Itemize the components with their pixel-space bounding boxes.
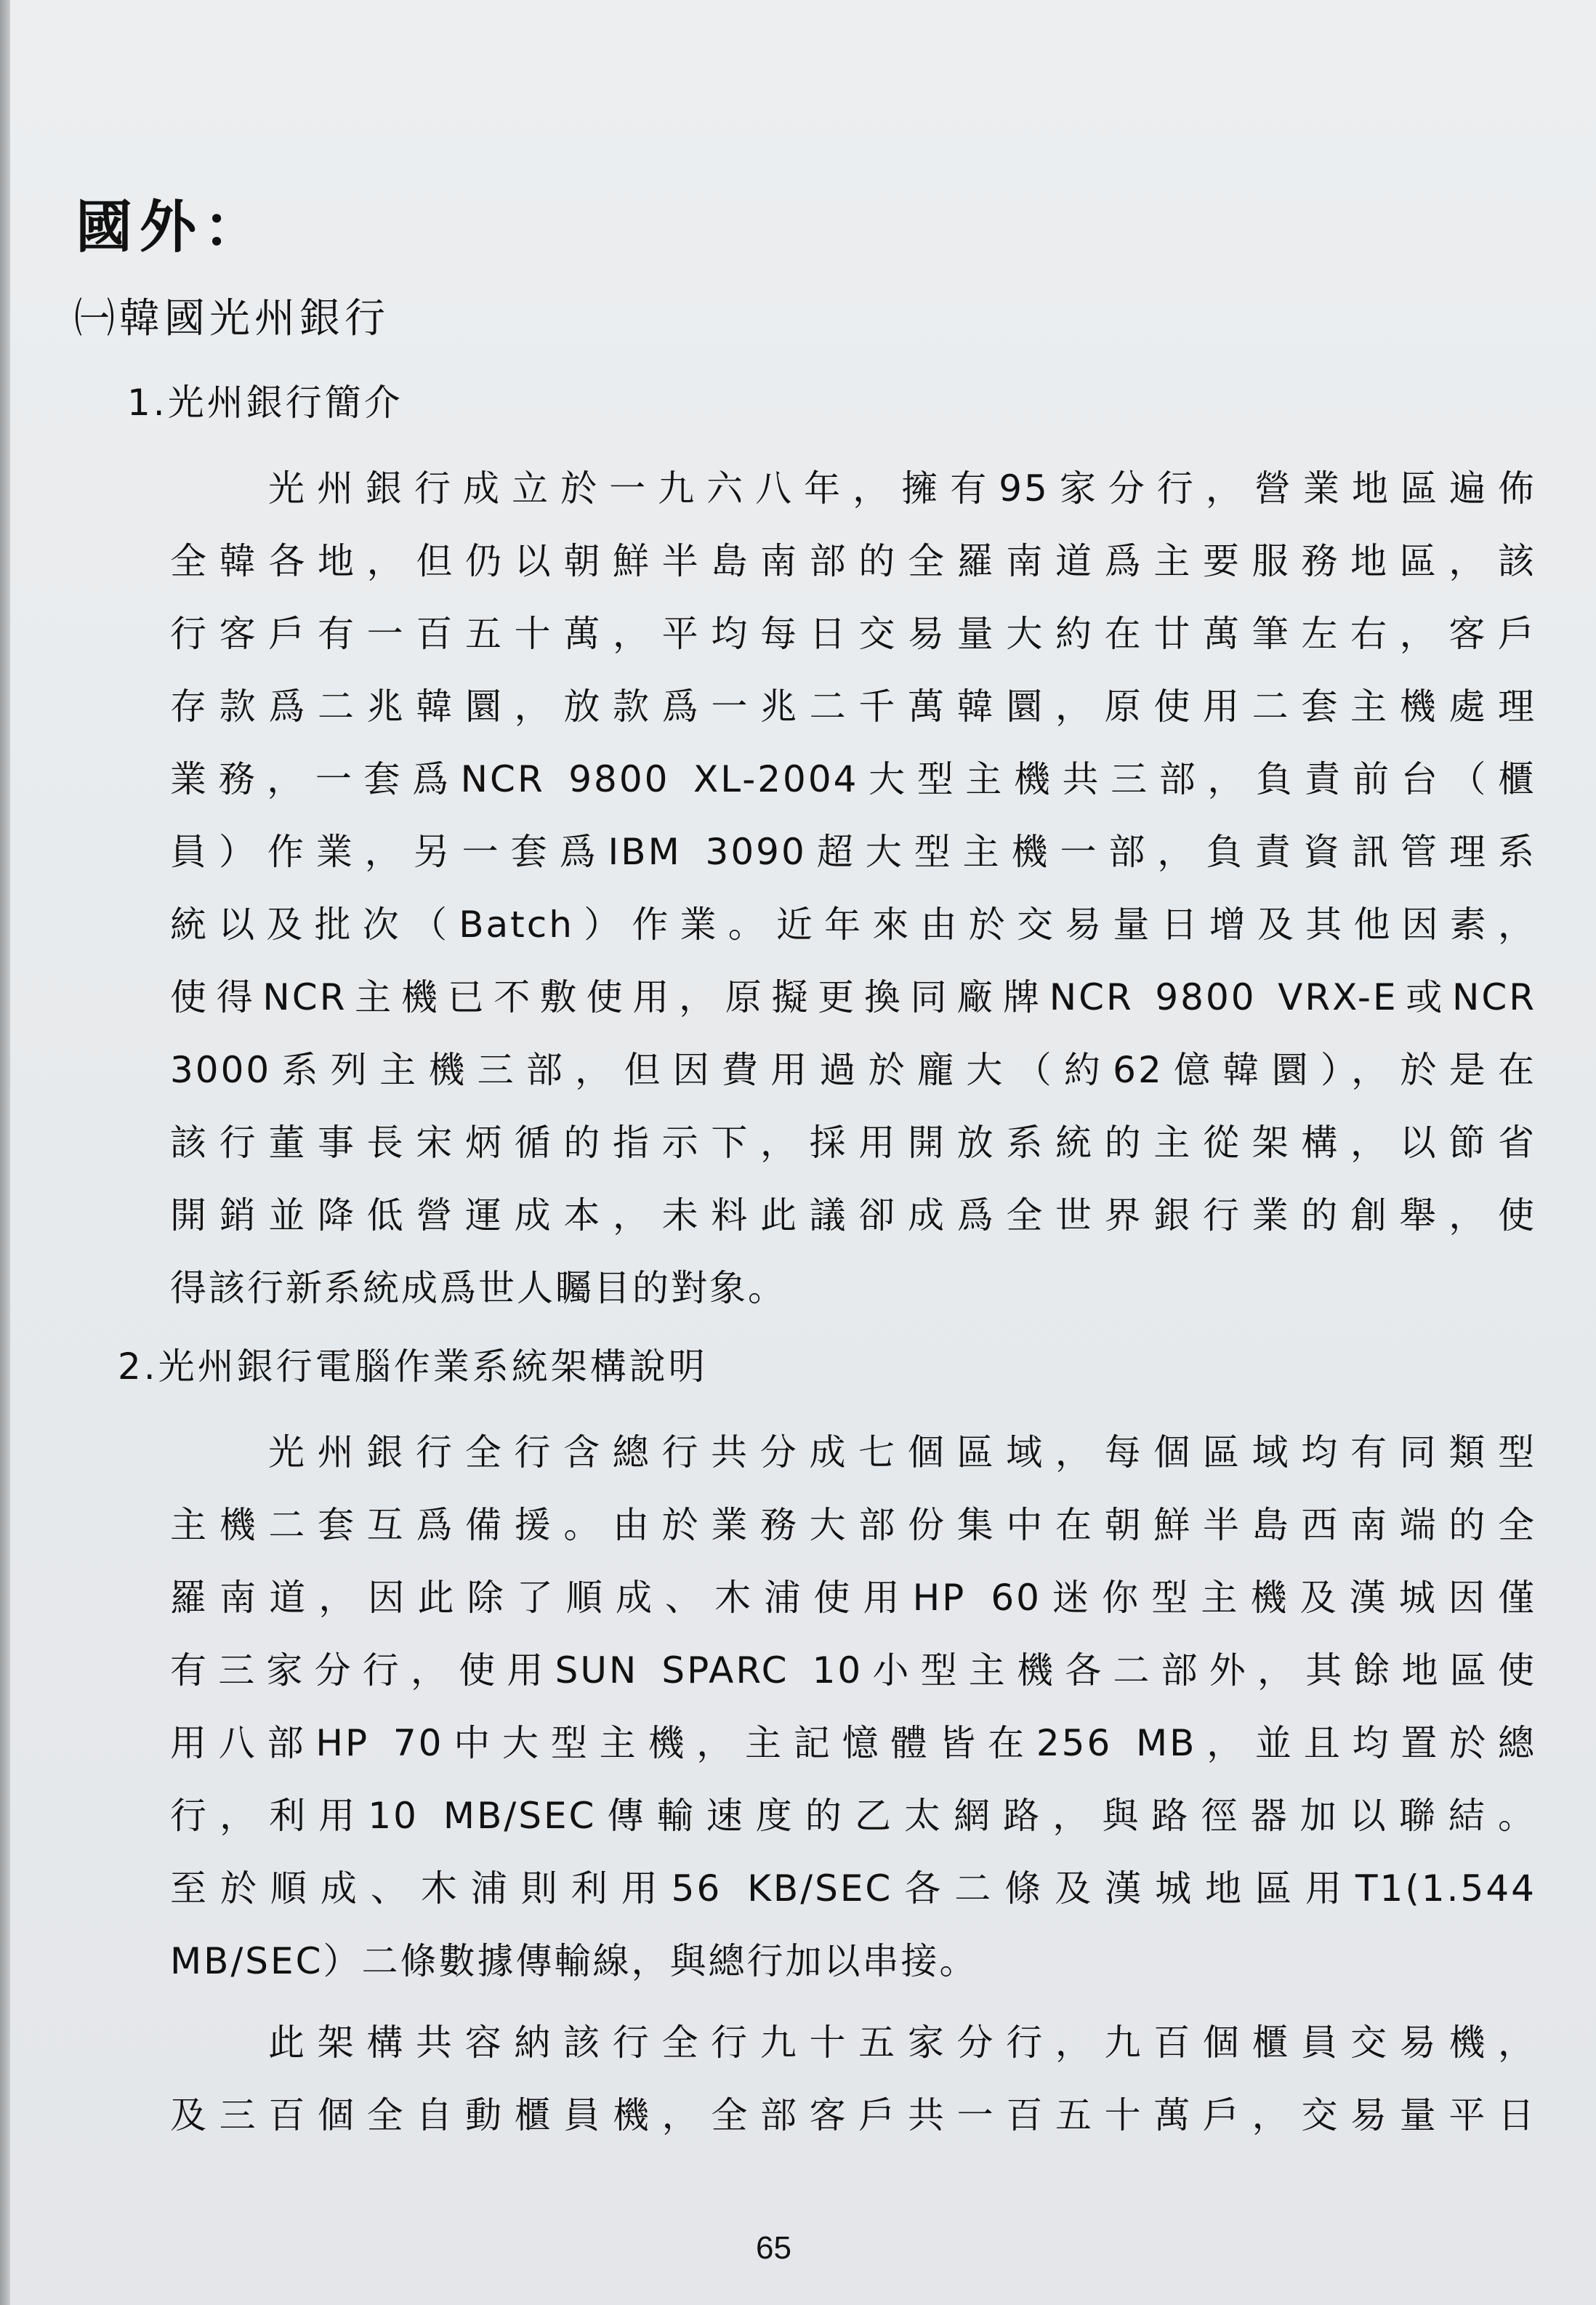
subsection-title: ㈠韓國光州銀行 <box>74 294 390 345</box>
document-page: 國外： ㈠韓國光州銀行 1.光州銀行簡介 光州銀行成立於一九六八年，擁有95家分… <box>10 0 1596 2305</box>
paragraph-line: MB/SEC）二條數據傳輸線，與總行加以串接。 <box>170 1938 1536 1984</box>
paragraph-line: 使得NCR主機已不敷使用，原擬更換同廠牌NCR 9800 VRX-E或NCR <box>170 974 1536 1021</box>
paragraph-line: 至於順成、木浦則利用56 KB/SEC各二條及漢城地區用T1(1.544 <box>170 1865 1536 1912</box>
paragraph-line: 主機二套互爲備援。由於業務大部份集中在朝鮮半島西南端的全 <box>170 1502 1536 1548</box>
item-heading-2: 2.光州銀行電腦作業系統架構說明 <box>118 1343 708 1390</box>
item-heading-1: 1.光州銀行簡介 <box>127 379 403 426</box>
paragraph-line: 全韓各地，但仍以朝鮮半島南部的全羅南道爲主要服務地區，該 <box>170 538 1536 584</box>
paragraph-line: 行客戶有一百五十萬，平均每日交易量大約在廿萬筆左右，客戶 <box>170 611 1536 657</box>
paragraph-line: 有三家分行，使用SUN SPARC 10小型主機各二部外，其餘地區使 <box>170 1647 1536 1694</box>
page-number: 65 <box>756 2230 791 2266</box>
paragraph-line: 行，利用10 MB/SEC傳輸速度的乙太網路，與路徑器加以聯結。 <box>170 1793 1536 1839</box>
paragraph-line: 光州銀行成立於一九六八年，擁有95家分行，營業地區遍佈 <box>268 465 1536 512</box>
paragraph-line: 業務，一套爲NCR 9800 XL-2004大型主機共三部，負責前台（櫃 <box>170 756 1536 802</box>
paragraph-line: 3000系列主機三部，但因費用過於龐大（約62億韓圜），於是在 <box>170 1047 1536 1093</box>
section-title: 國外： <box>76 195 267 260</box>
paragraph-line: 光州銀行全行含總行共分成七個區域，每個區域均有同類型 <box>268 1429 1536 1476</box>
paragraph-line: 存款爲二兆韓圜，放款爲一兆二千萬韓圜，原使用二套主機處理 <box>170 683 1536 730</box>
paragraph-line: 用八部HP 70中大型主機，主記憶體皆在256 MB，並且均置於總 <box>170 1720 1536 1766</box>
paragraph-line: 該行董事長宋炳循的指示下，採用開放系統的主從架構，以節省 <box>170 1119 1536 1166</box>
paragraph-line: 得該行新系統成爲世人矚目的對象。 <box>170 1265 1536 1311</box>
paragraph-line: 及三百個全自動櫃員機，全部客戶共一百五十萬戶，交易量平日 <box>170 2092 1536 2139</box>
paragraph-line: 開銷並降低營運成本，未料此議卻成爲全世界銀行業的創舉，使 <box>170 1192 1536 1239</box>
paragraph-line: 統以及批次（Batch）作業。近年來由於交易量日增及其他因素， <box>170 901 1536 948</box>
paragraph-line: 此架構共容納該行全行九十五家分行，九百個櫃員交易機， <box>268 2019 1536 2066</box>
paragraph-line: 羅南道，因此除了順成、木浦使用HP 60迷你型主機及漢城因僅 <box>170 1574 1536 1621</box>
page-binding-edge <box>0 0 10 2305</box>
paragraph-line: 員）作業，另一套爲IBM 3090超大型主機一部，負責資訊管理系 <box>170 829 1536 875</box>
